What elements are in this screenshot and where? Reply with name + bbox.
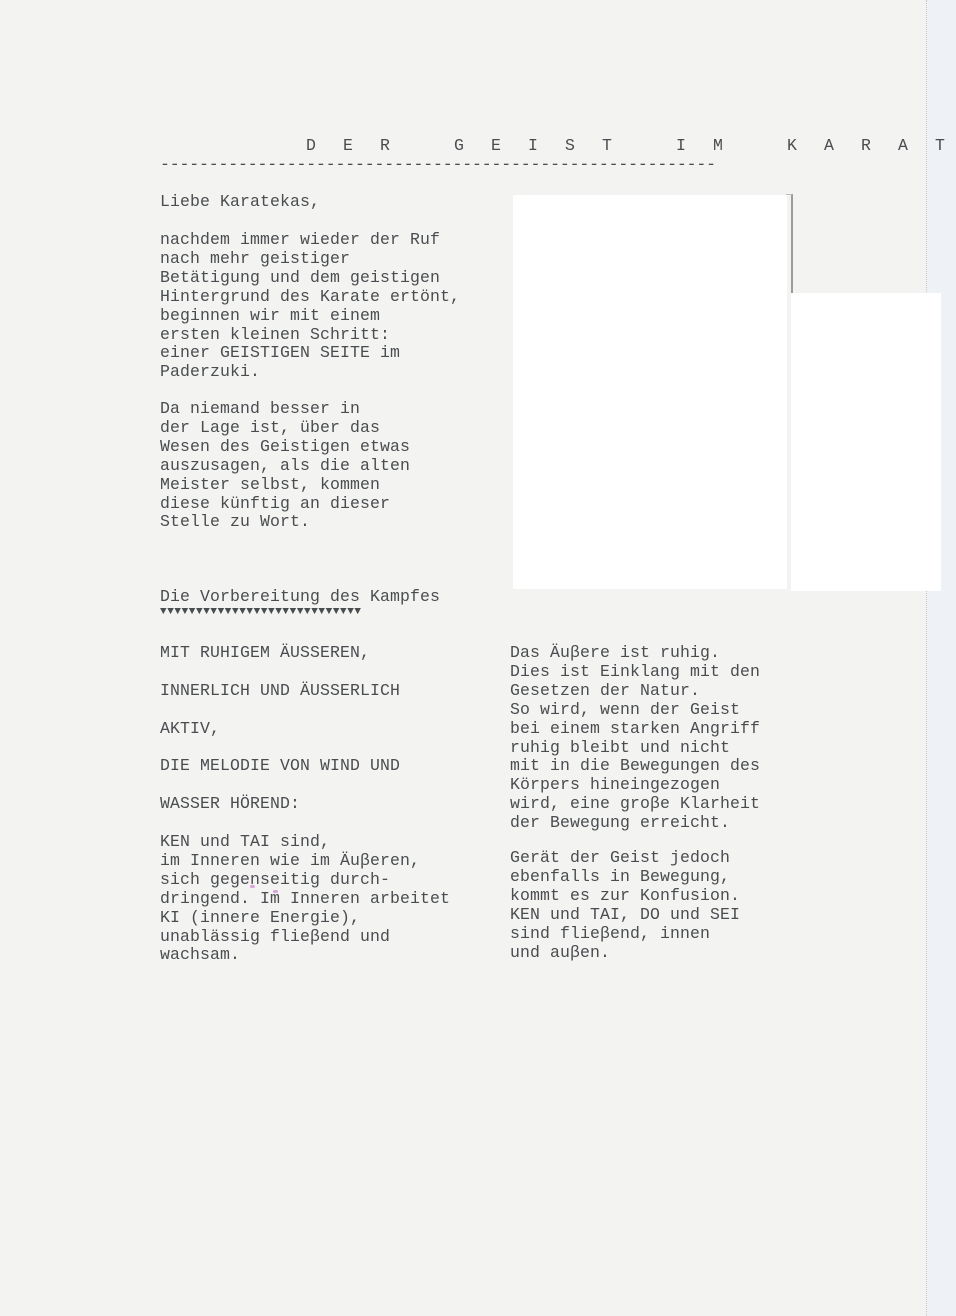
verse-line: WASSER HÖREND:	[160, 795, 300, 814]
salutation: Liebe Karatekas,	[160, 193, 320, 212]
verse-line: AKTIV,	[160, 720, 220, 739]
verse-line: MIT RUHIGEM ÄUSSEREN,	[160, 644, 370, 663]
verse-line: DIE MELODIE VON WIND UND	[160, 757, 400, 776]
ink-stain	[250, 885, 255, 888]
section-heading: Die Vorbereitung des Kampfes	[160, 588, 440, 607]
left-paragraph: KEN und TAI sind, im Inneren wie im Äuβe…	[160, 833, 450, 965]
right-paragraph-1: Das Äuβere ist ruhig. Dies ist Einklang …	[510, 644, 760, 833]
ink-stain	[273, 890, 278, 893]
verse-line: INNERLICH UND ÄUSSERLICH	[160, 682, 400, 701]
page-title: D E R G E I S T I M K A R A T E	[306, 136, 956, 155]
section-heading-underline: ▼▼▼▼▼▼▼▼▼▼▼▼▼▼▼▼▼▼▼▼▼▼▼▼▼▼▼▼	[160, 606, 362, 618]
redacted-image	[513, 195, 787, 589]
scanned-page-edge	[926, 0, 956, 1316]
intro-paragraph-1: nachdem immer wieder der Ruf nach mehr g…	[160, 231, 460, 382]
intro-paragraph-2: Da niemand besser in der Lage ist, über …	[160, 400, 410, 532]
right-paragraph-2: Gerät der Geist jedoch ebenfalls in Bewe…	[510, 849, 740, 962]
title-underline: ----------------------------------------…	[160, 155, 716, 174]
redacted-region	[791, 293, 941, 591]
